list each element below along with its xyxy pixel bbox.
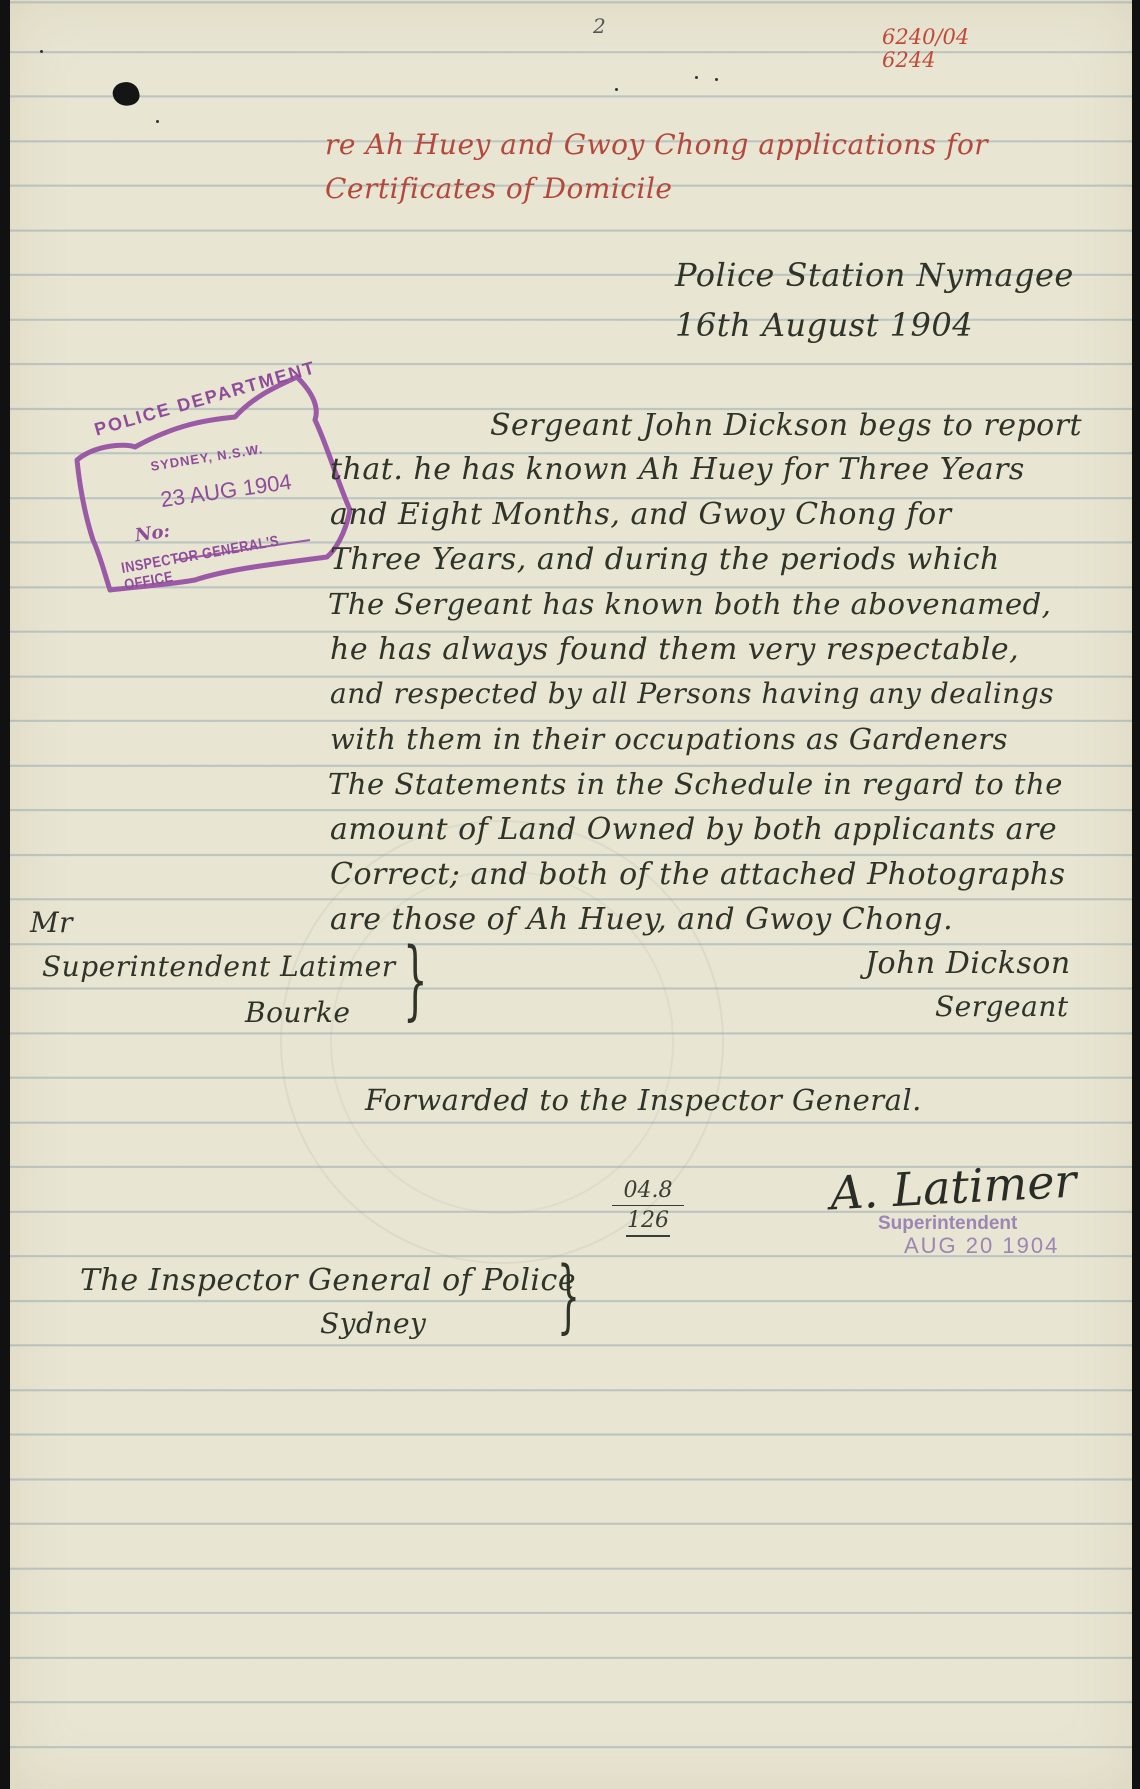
punch-hole [110, 79, 141, 109]
body-line: The Statements in the Schedule in regard… [328, 767, 1063, 801]
body-line: he has always found them very respectabl… [330, 632, 1019, 667]
paper-speck [615, 88, 618, 91]
superintendent-stamp: Superintendent AUG 20 1904 [878, 1213, 1059, 1259]
police-department-stamp: POLICE DEPARTMENT SYDNEY, N.S.W. 23 AUG … [65, 365, 355, 595]
header-date: 16th August 1904 [675, 306, 973, 344]
file-fraction-denominator: 126 [608, 1208, 688, 1233]
file-fraction: 04.8 126 [608, 1178, 688, 1239]
addressee-prefix: Mr [30, 906, 73, 939]
document-page: 2 6240/04 6244 re Ah Huey and Gwoy Chong… [10, 0, 1132, 1789]
forwarding-note: Forwarded to the Inspector General. [365, 1083, 922, 1117]
paper-speck [715, 78, 718, 81]
addressee-line-2: Bourke [245, 996, 350, 1029]
body-line: that. he has known Ah Huey for Three Yea… [330, 452, 1025, 487]
body-line: Sergeant John Dickson begs to report [490, 408, 1082, 443]
subject-line-1: re Ah Huey and Gwoy Chong applications f… [325, 128, 988, 161]
reference-number: 6240/04 6244 [882, 26, 969, 72]
recipient-line-1: The Inspector General of Police [80, 1263, 576, 1298]
reference-number-line: 6240/04 [882, 26, 969, 49]
body-line: The Sergeant has known both the abovenam… [328, 587, 1051, 621]
body-line: amount of Land Owned by both applicants … [330, 812, 1057, 847]
body-line: and respected by all Persons having any … [330, 677, 1054, 710]
sergeant-signature-name: John Dickson [865, 946, 1071, 981]
addressee-brace-icon: } [403, 935, 428, 1025]
addressee-line-1: Superintendent Latimer [42, 950, 396, 983]
subject-line-2: Certificates of Domicile [325, 172, 672, 205]
sergeant-signature-rank: Sergeant [935, 990, 1069, 1023]
superintendent-stamp-label: Superintendent [878, 1213, 1059, 1235]
body-line: with them in their occupations as Garden… [330, 722, 1008, 756]
page-number: 2 [593, 14, 606, 38]
paper-speck [156, 120, 159, 123]
superintendent-stamp-date: AUG 20 1904 [904, 1233, 1059, 1259]
fraction-bar [612, 1205, 684, 1206]
recipient-brace-icon: } [557, 1253, 580, 1339]
body-line: and Eight Months, and Gwoy Chong for [330, 497, 952, 532]
file-fraction-numerator: 04.8 [608, 1178, 688, 1203]
superintendent-signature: A. Latimer [829, 1154, 1078, 1221]
header-location: Police Station Nymagee [675, 256, 1074, 294]
body-line: Three Years, and during the periods whic… [330, 542, 1000, 577]
paper-speck [40, 50, 43, 53]
paper-speck [695, 76, 698, 79]
fraction-underline [626, 1235, 670, 1237]
reference-number-line: 6244 [882, 49, 969, 72]
recipient-line-2: Sydney [320, 1307, 426, 1340]
body-line: Correct; and both of the attached Photog… [330, 857, 1065, 892]
